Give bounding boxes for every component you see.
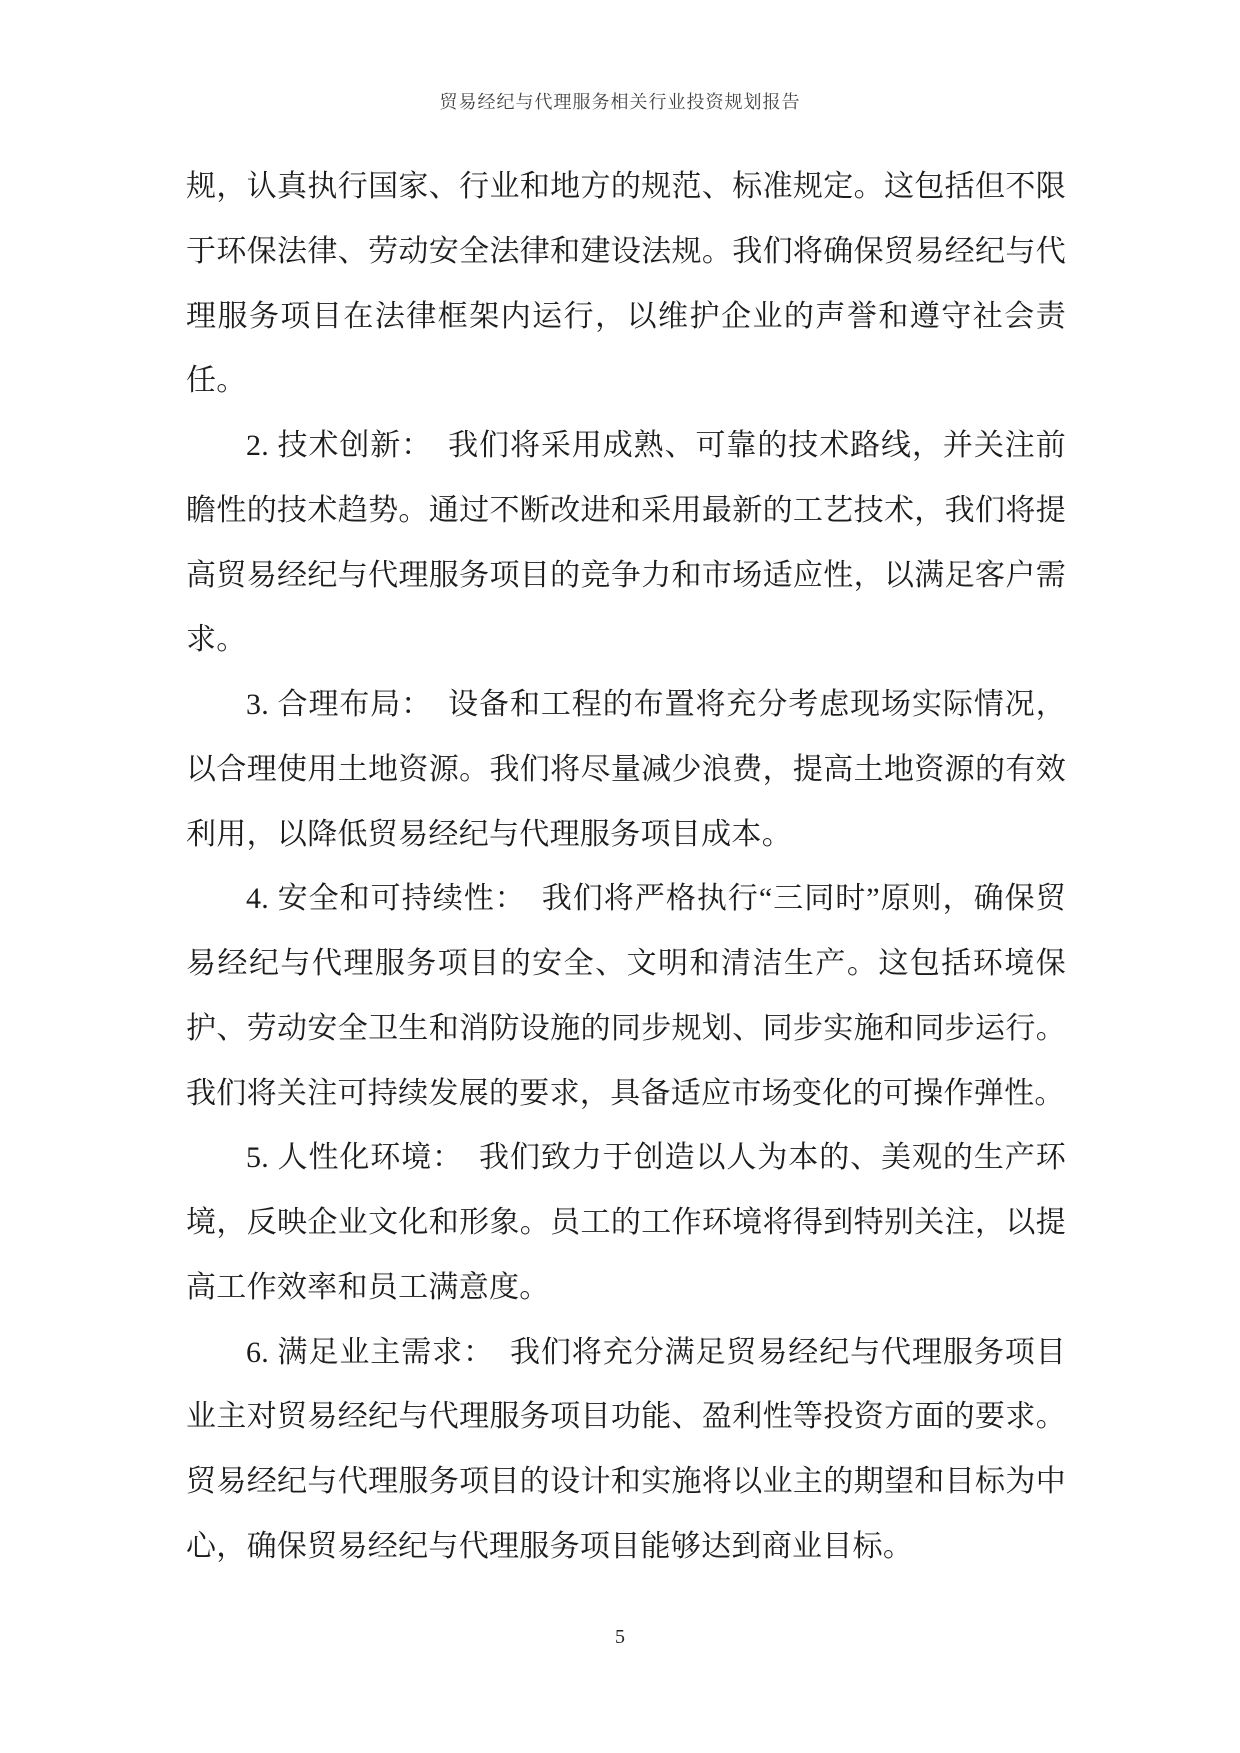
paragraph: 5. 人性化环境： 我们致力于创造以人为本的、美观的生产环境，反映企业文化和形象…	[186, 1126, 1066, 1320]
document-page: 贸易经纪与代理服务相关行业投资规划报告 规，认真执行国家、行业和地方的规范、标准…	[0, 0, 1240, 1753]
paragraph: 4. 安全和可持续性： 我们将严格执行“三同时”原则，确保贸易经纪与代理服务项目…	[186, 867, 1066, 1126]
paragraph: 规，认真执行国家、行业和地方的规范、标准规定。这包括但不限于环保法律、劳动安全法…	[186, 155, 1066, 414]
page-footer: 5	[0, 1626, 1240, 1649]
document-body: 规，认真执行国家、行业和地方的规范、标准规定。这包括但不限于环保法律、劳动安全法…	[186, 155, 1066, 1580]
paragraph: 2. 技术创新： 我们将采用成熟、可靠的技术路线，并关注前瞻性的技术趋势。通过不…	[186, 414, 1066, 673]
paragraph: 3. 合理布局： 设备和工程的布置将充分考虑现场实际情况，以合理使用土地资源。我…	[186, 673, 1066, 867]
page-header: 贸易经纪与代理服务相关行业投资规划报告	[0, 88, 1240, 114]
paragraph: 6. 满足业主需求： 我们将充分满足贸易经纪与代理服务项目业主对贸易经纪与代理服…	[186, 1321, 1066, 1580]
page-header-title: 贸易经纪与代理服务相关行业投资规划报告	[440, 92, 801, 112]
page-number-value: 5	[615, 1626, 625, 1648]
